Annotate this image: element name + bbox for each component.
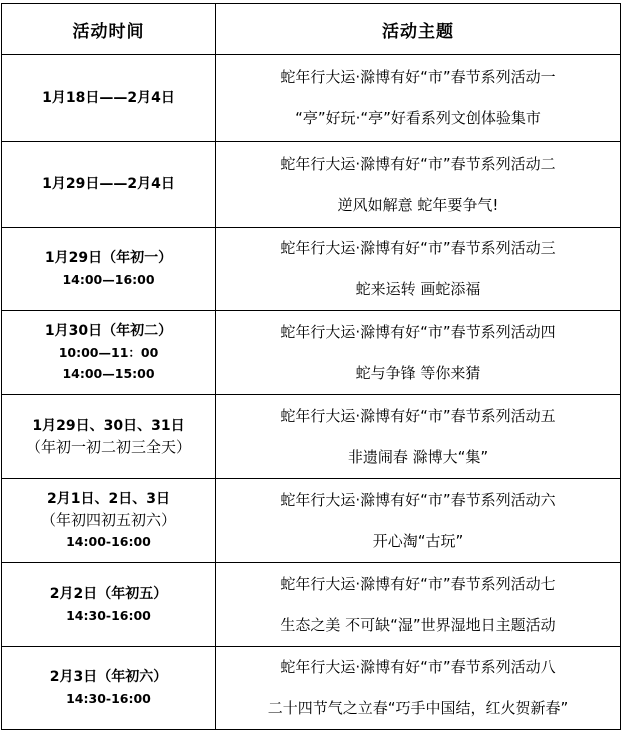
table-row: 1月18日——2月4日 蛇年行大运·滁博有好“市”春节系列活动一 “亭”好玩·“…: [2, 55, 621, 142]
table-row: 1月29日（年初一） 14:00—16:00 蛇年行大运·滁博有好“市”春节系列…: [2, 228, 621, 311]
activity-theme-cell: 蛇年行大运·滁博有好“市”春节系列活动四 蛇与争锋 等你来猜: [216, 311, 621, 395]
activity-name: 生态之美 不可缺“湿”世界湿地日主题活动: [216, 605, 620, 646]
activity-hours: 10:00—11：00: [2, 342, 215, 363]
activity-series-title: 蛇年行大运·滁博有好“市”春节系列活动一: [216, 57, 620, 98]
activity-date: 1月18日——2月4日: [2, 88, 215, 109]
activity-date: 1月29日（年初一）: [2, 248, 215, 269]
activity-name: 蛇来运转 画蛇添福: [216, 269, 620, 310]
activity-name: 二十四节气之立春“巧手中国结，红火贺新春”: [216, 688, 620, 729]
activity-name: 非遗闹春 滁博大“集”: [216, 437, 620, 478]
activity-date: 2月2日（年初五）: [2, 584, 215, 605]
activity-series-title: 蛇年行大运·滁博有好“市”春节系列活动五: [216, 396, 620, 437]
activity-date: 1月30日（年初二）: [2, 321, 215, 342]
header-activity-theme: 活动主题: [216, 4, 621, 55]
table-header-row: 活动时间 活动主题: [2, 4, 621, 55]
activity-lunar-date: （年初一初二初三全天）: [2, 437, 215, 458]
activity-name: 逆风如解意 蛇年要争气!: [216, 185, 620, 226]
activity-theme-cell: 蛇年行大运·滁博有好“市”春节系列活动六 开心淘“古玩”: [216, 479, 621, 563]
activity-lunar-date: （年初四初五初六）: [2, 510, 215, 531]
activity-hours: 14:00-16:00: [2, 531, 215, 552]
activity-name: “亭”好玩·“亭”好看系列文创体验集市: [216, 98, 620, 139]
activity-date: 1月29日、30日、31日: [2, 416, 215, 437]
activity-theme-cell: 蛇年行大运·滁博有好“市”春节系列活动二 逆风如解意 蛇年要争气!: [216, 142, 621, 228]
activity-time-cell: 1月29日（年初一） 14:00—16:00: [2, 228, 216, 311]
activity-series-title: 蛇年行大运·滁博有好“市”春节系列活动八: [216, 647, 620, 688]
activity-time-cell: 2月2日（年初五） 14:30-16:00: [2, 563, 216, 647]
activity-time-cell: 2月3日（年初六） 14:30-16:00: [2, 647, 216, 730]
activity-series-title: 蛇年行大运·滁博有好“市”春节系列活动四: [216, 312, 620, 353]
activity-date: 2月1日、2日、3日: [2, 489, 215, 510]
activity-time-cell: 2月1日、2日、3日 （年初四初五初六） 14:00-16:00: [2, 479, 216, 563]
activity-theme-cell: 蛇年行大运·滁博有好“市”春节系列活动八 二十四节气之立春“巧手中国结，红火贺新…: [216, 647, 621, 730]
table-row: 2月1日、2日、3日 （年初四初五初六） 14:00-16:00 蛇年行大运·滁…: [2, 479, 621, 563]
table-row: 1月29日——2月4日 蛇年行大运·滁博有好“市”春节系列活动二 逆风如解意 蛇…: [2, 142, 621, 228]
activity-series-title: 蛇年行大运·滁博有好“市”春节系列活动七: [216, 564, 620, 605]
activity-date: 1月29日——2月4日: [2, 174, 215, 195]
activity-time-cell: 1月30日（年初二） 10:00—11：00 14:00—15:00: [2, 311, 216, 395]
activity-name: 开心淘“古玩”: [216, 521, 620, 562]
table-row: 2月3日（年初六） 14:30-16:00 蛇年行大运·滁博有好“市”春节系列活…: [2, 647, 621, 730]
activity-time-cell: 1月18日——2月4日: [2, 55, 216, 142]
activity-series-title: 蛇年行大运·滁博有好“市”春节系列活动六: [216, 480, 620, 521]
activity-theme-cell: 蛇年行大运·滁博有好“市”春节系列活动五 非遗闹春 滁博大“集”: [216, 395, 621, 479]
header-activity-time: 活动时间: [2, 4, 216, 55]
activity-theme-cell: 蛇年行大运·滁博有好“市”春节系列活动一 “亭”好玩·“亭”好看系列文创体验集市: [216, 55, 621, 142]
activity-name: 蛇与争锋 等你来猜: [216, 353, 620, 394]
activity-hours: 14:00—15:00: [2, 363, 215, 384]
activity-hours: 14:30-16:00: [2, 605, 215, 626]
table-row: 1月29日、30日、31日 （年初一初二初三全天） 蛇年行大运·滁博有好“市”春…: [2, 395, 621, 479]
table-row: 1月30日（年初二） 10:00—11：00 14:00—15:00 蛇年行大运…: [2, 311, 621, 395]
table-row: 2月2日（年初五） 14:30-16:00 蛇年行大运·滁博有好“市”春节系列活…: [2, 563, 621, 647]
activity-date: 2月3日（年初六）: [2, 667, 215, 688]
activity-hours: 14:30-16:00: [2, 688, 215, 709]
activity-time-cell: 1月29日、30日、31日 （年初一初二初三全天）: [2, 395, 216, 479]
activity-schedule-table: 活动时间 活动主题 1月18日——2月4日 蛇年行大运·滁博有好“市”春节系列活…: [1, 3, 621, 730]
activity-time-cell: 1月29日——2月4日: [2, 142, 216, 228]
activity-hours: 14:00—16:00: [2, 269, 215, 290]
activity-theme-cell: 蛇年行大运·滁博有好“市”春节系列活动三 蛇来运转 画蛇添福: [216, 228, 621, 311]
activity-theme-cell: 蛇年行大运·滁博有好“市”春节系列活动七 生态之美 不可缺“湿”世界湿地日主题活…: [216, 563, 621, 647]
activity-series-title: 蛇年行大运·滁博有好“市”春节系列活动二: [216, 144, 620, 185]
activity-series-title: 蛇年行大运·滁博有好“市”春节系列活动三: [216, 228, 620, 269]
